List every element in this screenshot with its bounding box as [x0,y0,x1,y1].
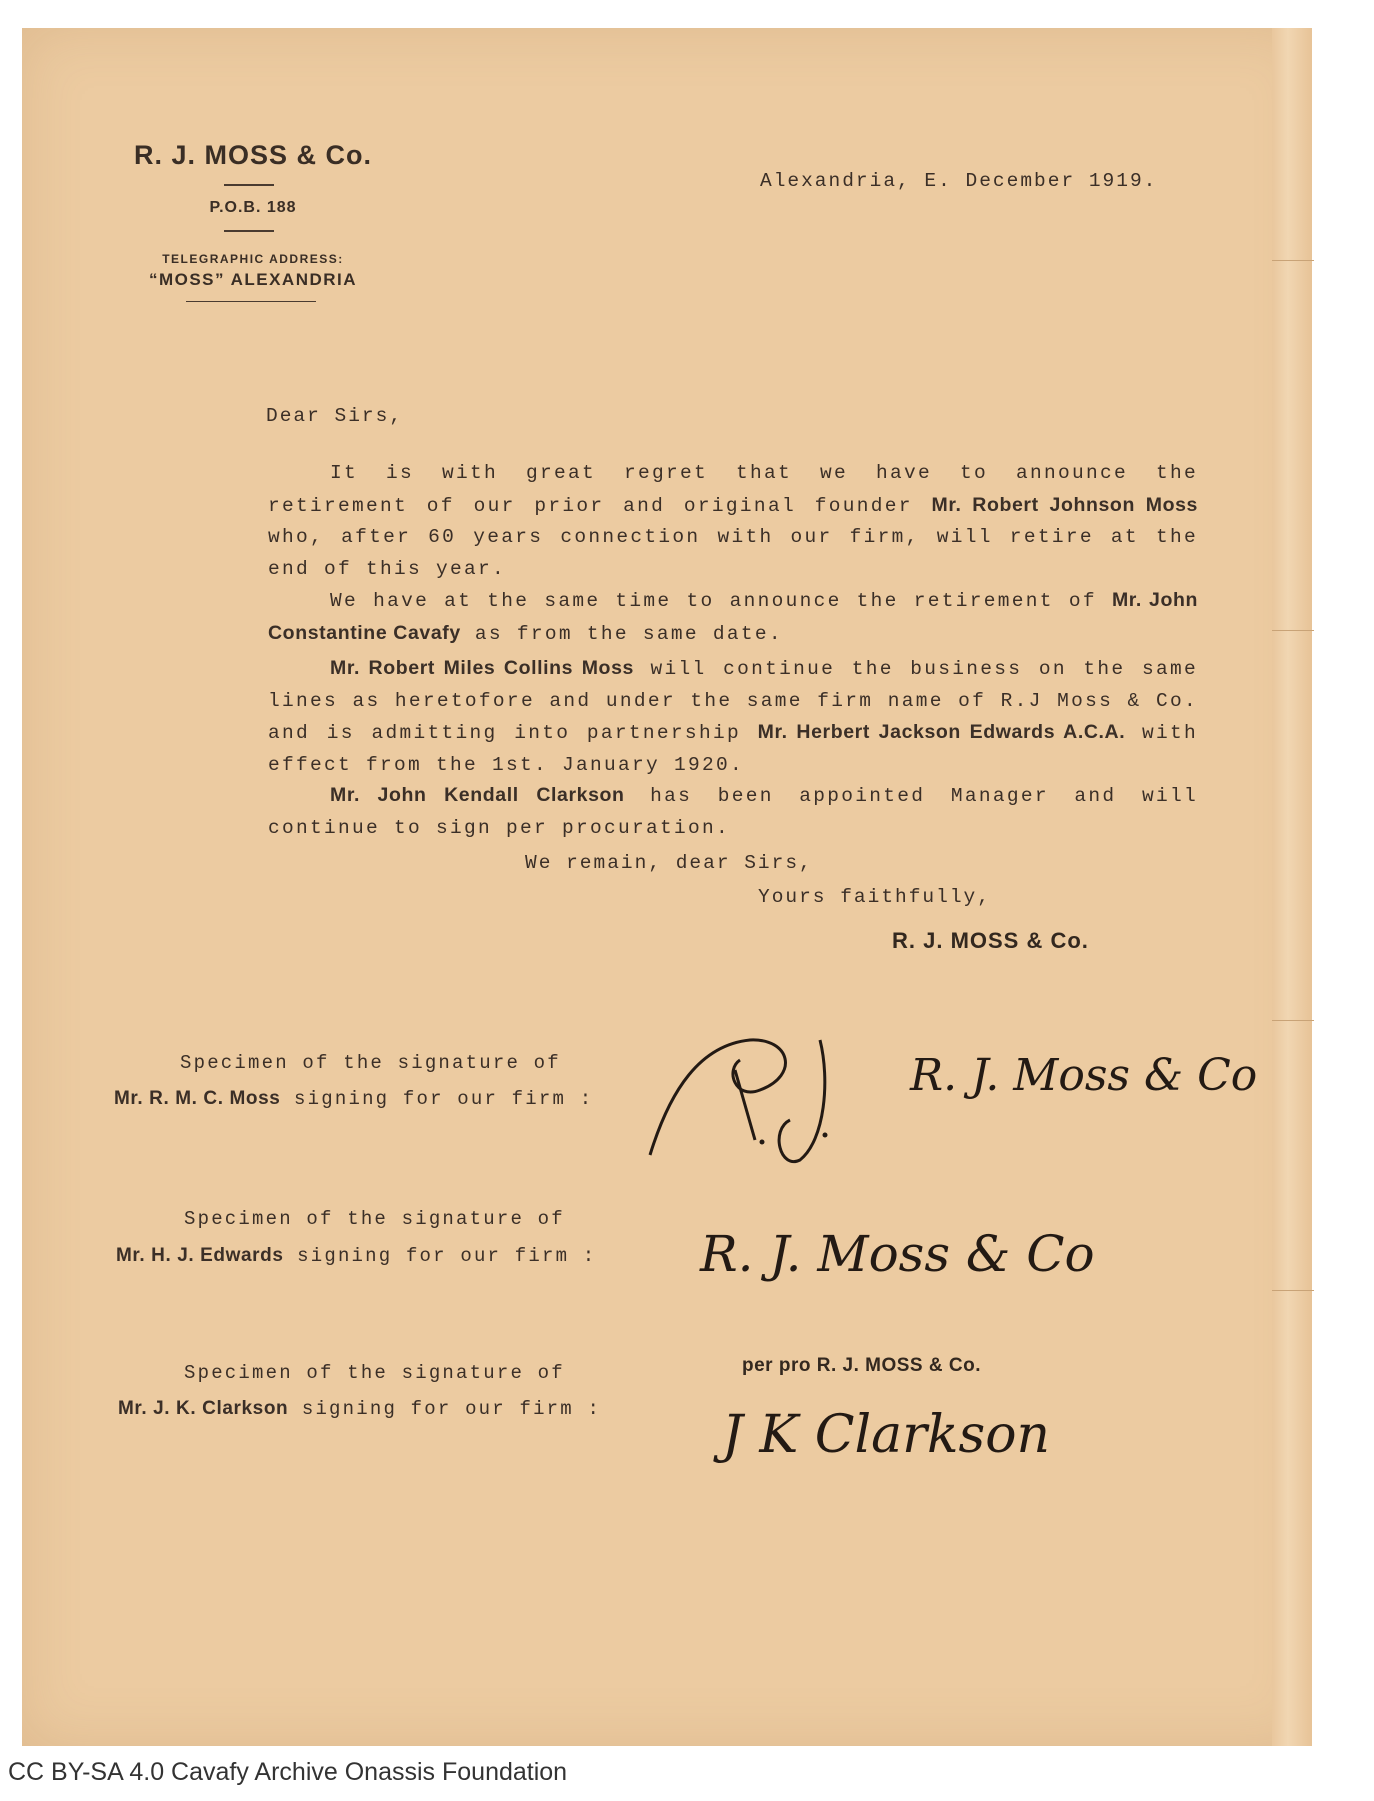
closing-faithfully: Yours faithfully, [758,886,991,908]
signature-text: R. J. Moss & Co [910,1050,1257,1101]
paragraph-text: We have at the same time to announce the… [330,590,1112,612]
specimen-label: Specimen of the signature of [180,1052,561,1074]
letterhead-pob: P.O.B. 188 [118,199,388,217]
signature-hj-edwards: R. J. Moss & Co [700,1225,1095,1283]
bold-name: Mr. Robert Johnson Moss [932,494,1198,516]
signature-jk-clarkson: J K Clarkson [722,1405,1050,1465]
per-pro-label: per pro R. J. MOSS & Co. [742,1355,981,1377]
specimen-signer: Mr. R. M. C. Moss signing for our firm : [114,1088,593,1110]
letterhead-rule [224,184,274,186]
specimen-text: signing for our firm : [288,1398,601,1420]
fold-line [1272,1290,1314,1291]
letterhead-telegraphic-label: TELEGRAPHIC ADDRESS: [118,252,388,266]
date-line: Alexandria, E. December 1919. [760,170,1157,192]
signer-name: Mr. R. M. C. Moss [114,1088,280,1109]
specimen-label: Specimen of the signature of [184,1362,565,1384]
bold-name: Mr. Herbert Jackson Edwards A.C.A. [758,721,1126,743]
paragraph-retirement-founder: It is with great regret that we have to … [268,458,1198,585]
letterhead-rule [224,230,274,232]
credit-text: CC BY-SA 4.0 Cavafy Archive Onassis Foun… [8,1758,567,1787]
fold-line [1272,260,1314,261]
closing-remain: We remain, dear Sirs, [525,852,813,874]
specimen-text: signing for our firm : [280,1088,593,1110]
specimen-label: Specimen of the signature of [184,1208,565,1230]
fold-line [1272,630,1314,631]
salutation: Dear Sirs, [266,405,403,427]
specimen-signer: Mr. J. K. Clarkson signing for our firm … [118,1398,601,1420]
bold-name: Mr. John Kendall Clarkson [330,784,625,806]
folded-paper-edge [1272,28,1312,1746]
paragraph-continuation: Mr. Robert Miles Collins Moss will conti… [268,653,1198,781]
bold-name: Mr. Robert Miles Collins Moss [330,657,634,679]
paragraph-manager: Mr. John Kendall Clarkson has been appoi… [268,780,1198,844]
letterhead-telegraphic-address: “MOSS” ALEXANDRIA [118,270,388,290]
signer-name: Mr. H. J. Edwards [116,1245,284,1266]
fold-line [1272,1020,1314,1021]
scanned-document: R. J. MOSS & Co. P.O.B. 188 TELEGRAPHIC … [0,0,1374,1750]
paragraph-text: as from the same date. [461,623,783,645]
closing-company: R. J. MOSS & Co. [892,928,1089,954]
signer-name: Mr. J. K. Clarkson [118,1398,288,1419]
paragraph-text: who, after 60 years connection with our … [268,526,1198,580]
letterhead-company: R. J. MOSS & Co. [118,140,388,171]
letterhead-rule [186,301,316,302]
credit-bar: CC BY-SA 4.0 Cavafy Archive Onassis Foun… [0,1750,1374,1801]
paragraph-retirement-cavafy: We have at the same time to announce the… [268,585,1198,650]
specimen-signer: Mr. H. J. Edwards signing for our firm : [116,1245,596,1267]
specimen-text: signing for our firm : [284,1245,597,1267]
